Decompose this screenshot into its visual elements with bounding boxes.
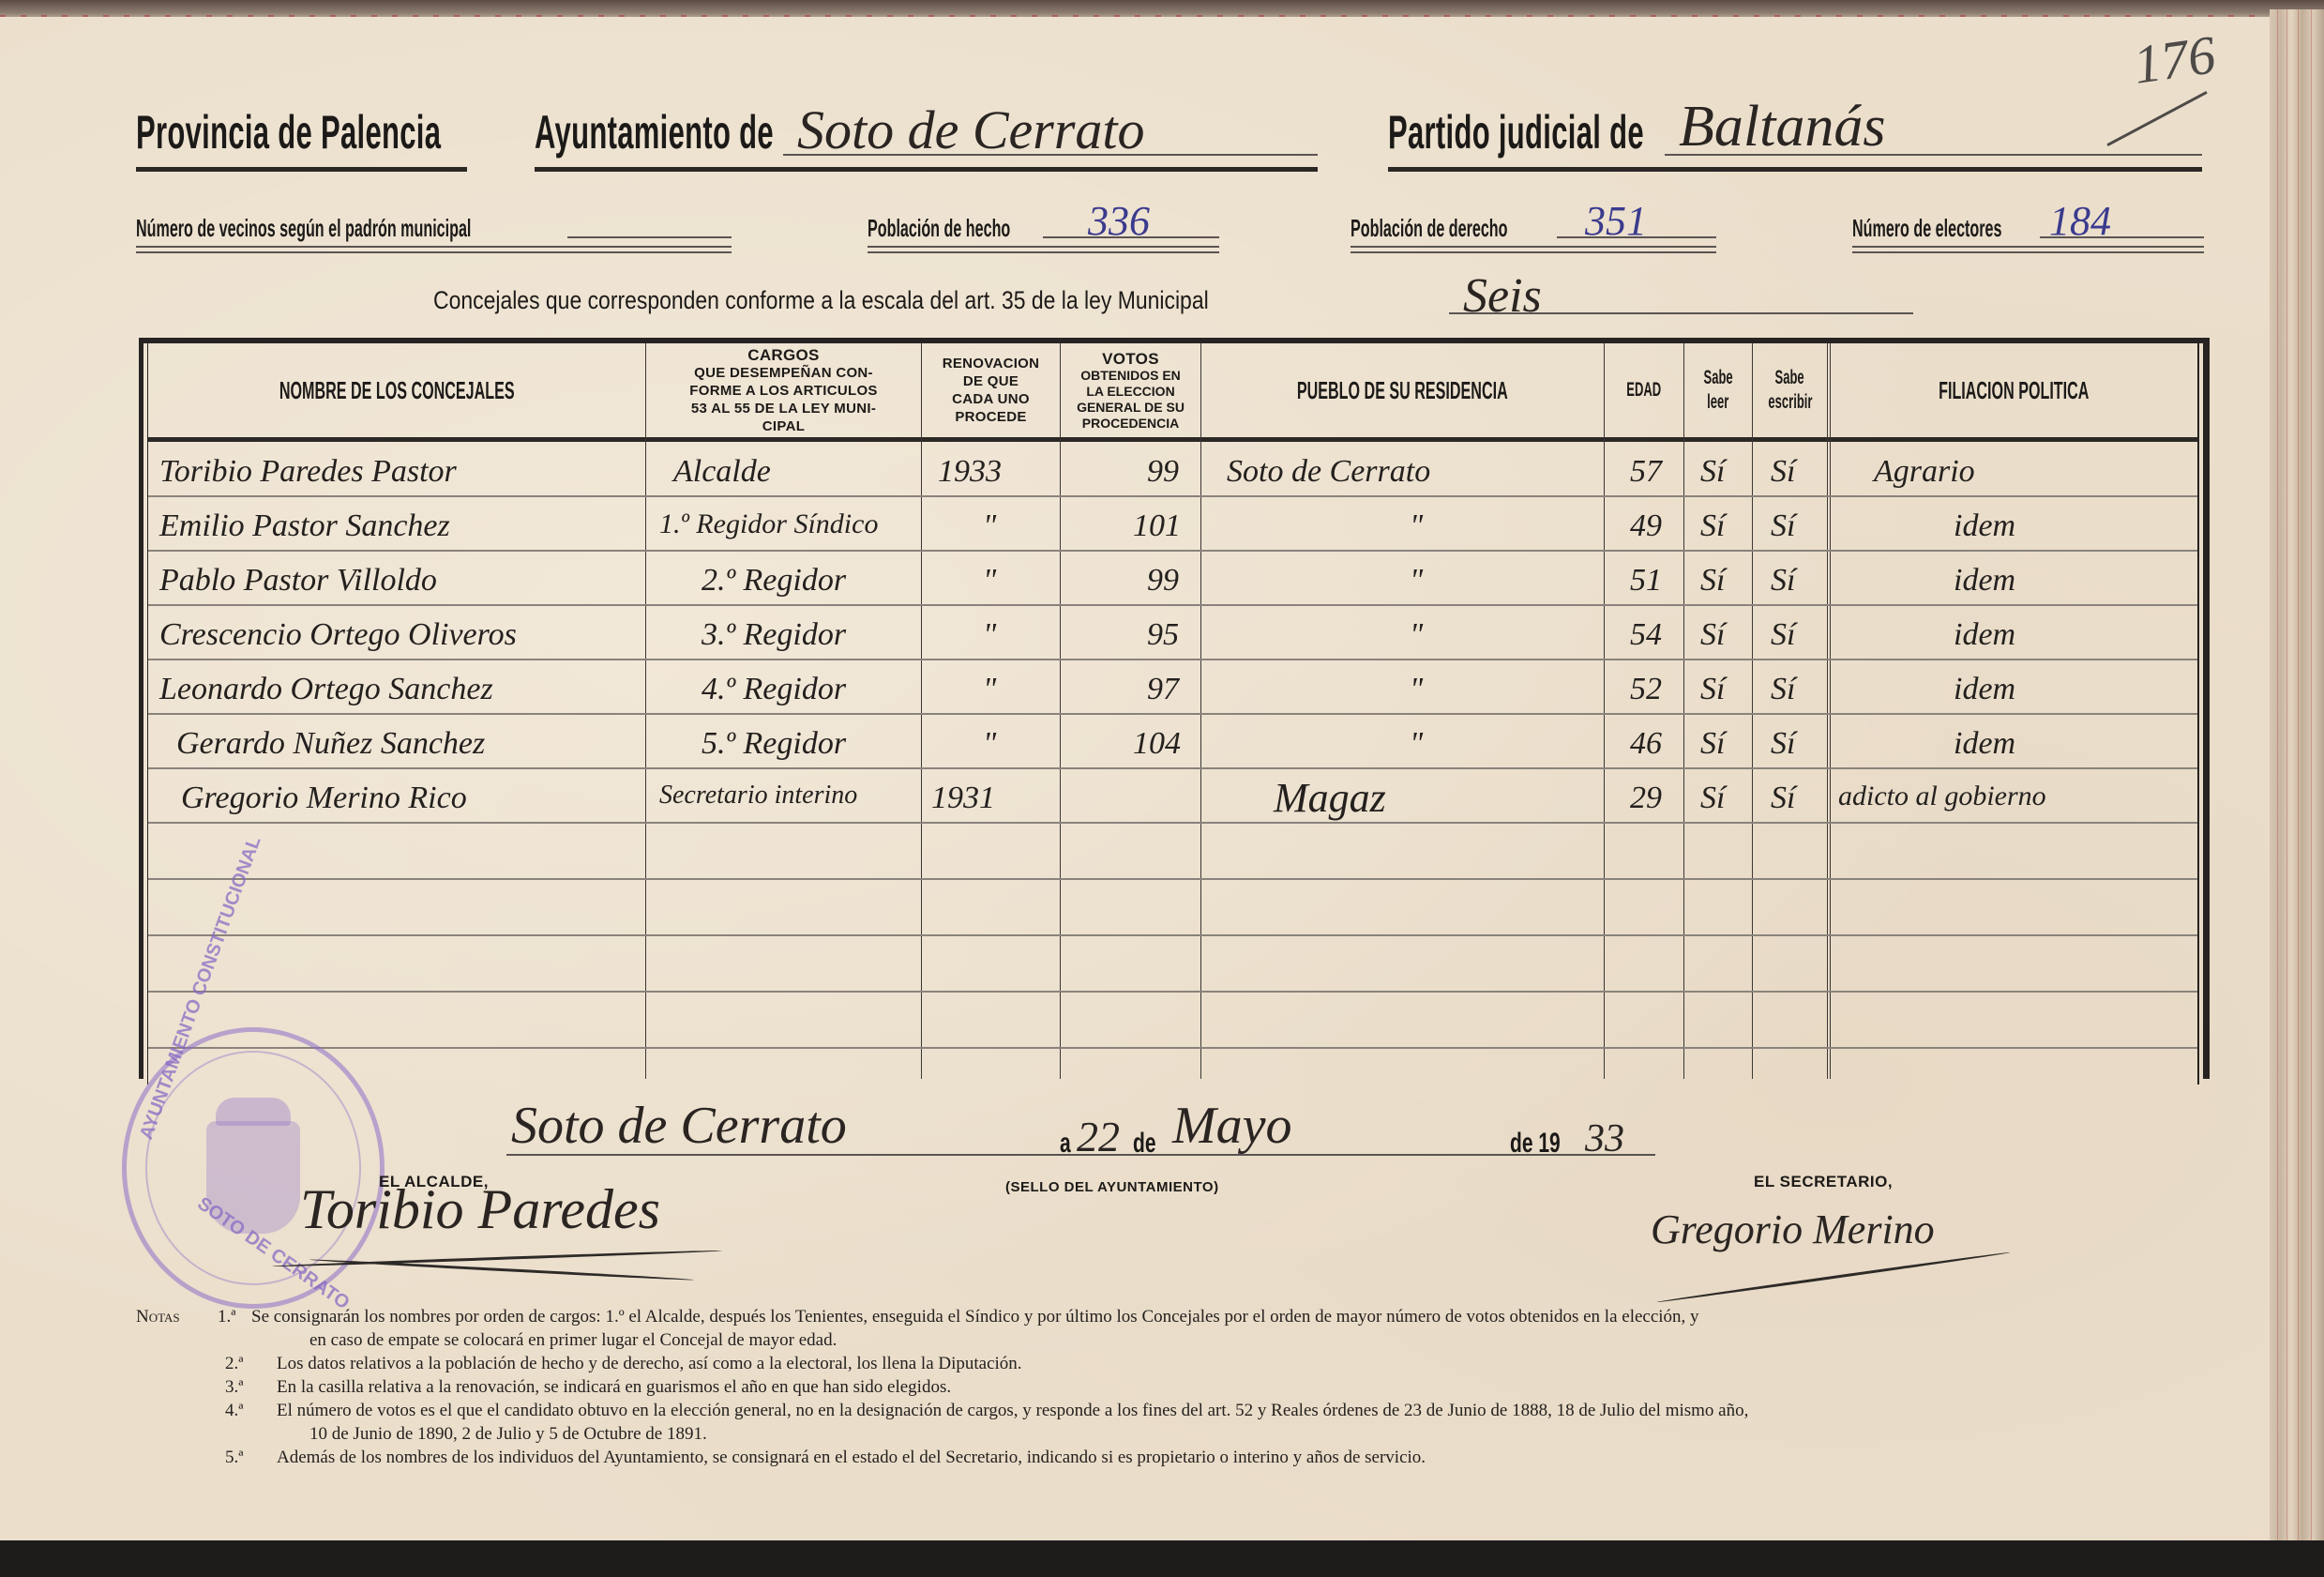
row-line — [148, 495, 2197, 497]
cell-nombre: Pablo Pastor Villoldo — [159, 563, 437, 599]
note-text: Los datos relativos a la población de he… — [277, 1354, 1022, 1374]
row-line — [148, 1047, 2197, 1049]
date-year-prefix: de 19 — [1510, 1128, 1561, 1160]
cell-leer: Sí — [1700, 617, 1725, 653]
header-votos: VOTOS OBTENIDOS EN LA ELECCION GENERAL D… — [1061, 343, 1200, 437]
notes-label: Notas — [136, 1307, 180, 1327]
divider — [535, 167, 1318, 172]
cell-nombre: Gerardo Nuñez Sanchez — [176, 726, 485, 762]
note-number: 1.ª — [218, 1307, 236, 1327]
cell-edad: 49 — [1630, 508, 1662, 544]
cell-edad: 57 — [1630, 454, 1662, 490]
electores-label: Número de electores — [1852, 214, 2001, 243]
row-line — [148, 604, 2197, 606]
note-text: Se consignarán los nombres por orden de … — [251, 1307, 1699, 1327]
fill-line — [783, 154, 1318, 156]
header-divider — [148, 437, 2197, 442]
scan-background — [0, 1540, 2324, 1577]
table-border — [2197, 343, 2199, 1084]
note-text: En la casilla relativa a la renovación, … — [277, 1377, 951, 1398]
date-day: 22 — [1077, 1112, 1120, 1161]
fill-line — [868, 246, 1219, 248]
cell-pueblo: " — [1410, 672, 1423, 707]
cell-nombre: Gregorio Merino Rico — [181, 781, 467, 816]
note-text: en caso de empate se colocará en primer … — [309, 1330, 837, 1351]
column-divider — [921, 343, 922, 1079]
header-renovacion: RENOVACION DE QUE CADA UNO PROCEDE — [922, 343, 1060, 437]
column-divider — [1752, 343, 1753, 1079]
column-divider — [645, 343, 646, 1079]
fill-line — [1449, 312, 1913, 314]
cell-leer: Sí — [1700, 454, 1725, 490]
cell-escribir: Sí — [1771, 454, 1795, 490]
cell-renovacion: 1931 — [931, 781, 995, 816]
fill-line — [1557, 236, 1716, 238]
cell-filiacion: idem — [1954, 726, 2015, 762]
fill-line — [1852, 251, 2204, 253]
cell-nombre: Crescencio Ortego Oliveros — [159, 617, 517, 653]
cell-cargo: Alcalde — [673, 454, 771, 490]
cell-edad: 52 — [1630, 672, 1662, 707]
vecinos-field — [567, 236, 732, 238]
cell-escribir: Sí — [1771, 672, 1795, 707]
cell-votos: 97 — [1147, 672, 1179, 707]
cell-escribir: Sí — [1771, 617, 1795, 653]
cell-nombre: Emilio Pastor Sanchez — [159, 508, 450, 544]
cell-votos: 101 — [1133, 508, 1181, 544]
column-divider — [1200, 343, 1201, 1079]
cell-pueblo: Magaz — [1274, 774, 1386, 822]
note-number: 3.ª — [225, 1377, 244, 1398]
cell-votos: 99 — [1147, 454, 1179, 490]
partido-value: Baltanás — [1679, 94, 1885, 160]
ayuntamiento-value: Soto de Cerrato — [797, 99, 1145, 161]
row-line — [148, 878, 2197, 880]
table-border — [2203, 338, 2210, 1079]
column-divider — [1830, 343, 1831, 1079]
cell-pueblo: Soto de Cerrato — [1227, 454, 1430, 490]
cell-nombre: Toribio Paredes Pastor — [159, 454, 457, 490]
concejales-table: NOMBRE DE LOS CONCEJALES CARGOS QUE DESE… — [139, 338, 2210, 1079]
cell-edad: 54 — [1630, 617, 1662, 653]
date-prefix: a — [1060, 1128, 1071, 1160]
concejales-value: Seis — [1463, 268, 1542, 324]
cell-filiacion: idem — [1954, 617, 2015, 653]
sello-label: (SELLO DEL AYUNTAMIENTO) — [1005, 1179, 1219, 1195]
fill-line — [1351, 246, 1716, 248]
municipal-stamp: AYUNTAMIENTO CONSTITUCIONAL SOTO DE CERR… — [122, 1027, 385, 1309]
cell-pueblo: " — [1410, 508, 1423, 544]
cell-leer: Sí — [1700, 508, 1725, 544]
book-page-edges — [2270, 9, 2324, 1548]
column-divider — [1827, 343, 1828, 1079]
derecho-label: Población de derecho — [1351, 214, 1508, 243]
cell-votos: 104 — [1133, 726, 1181, 762]
page-number: 176 — [2130, 23, 2219, 96]
date-de: de — [1133, 1128, 1156, 1160]
fill-line — [1665, 154, 2202, 156]
cell-filiacion: idem — [1954, 672, 2015, 707]
cell-escribir: Sí — [1771, 726, 1795, 762]
row-line — [148, 934, 2197, 936]
cell-edad: 46 — [1630, 726, 1662, 762]
cell-leer: Sí — [1700, 672, 1725, 707]
note-text: Además de los nombres de los individuos … — [277, 1448, 1426, 1468]
provincia-title: Provincia de Palencia — [136, 105, 441, 159]
cell-votos: 99 — [1147, 563, 1179, 599]
header-cargos: CARGOS QUE DESEMPEÑAN CON- FORME A LOS A… — [646, 343, 921, 437]
cell-filiacion: Agrario — [1874, 454, 1975, 490]
concejales-label: Concejales que corresponden conforme a l… — [433, 286, 1209, 315]
secretario-signature: Gregorio Merino — [1651, 1205, 1935, 1253]
column-divider — [1604, 343, 1605, 1079]
cell-pueblo: " — [1410, 726, 1423, 762]
note-text: 10 de Junio de 1890, 2 de Julio y 5 de O… — [309, 1424, 707, 1445]
row-line — [148, 713, 2197, 715]
cell-renovacion: " — [983, 508, 996, 544]
divider — [136, 167, 467, 172]
cell-leer: Sí — [1700, 563, 1725, 599]
cell-nombre: Leonardo Ortego Sanchez — [159, 672, 493, 707]
cell-cargo: Secretario interino — [659, 781, 857, 811]
column-divider — [1060, 343, 1061, 1079]
footer-place: Soto de Cerrato — [511, 1096, 847, 1156]
header-filiacion: FILIACION POLITICA — [1831, 343, 2196, 437]
alcalde-signature: Toribio Paredes — [300, 1177, 660, 1242]
cell-renovacion: 1933 — [938, 454, 1002, 490]
row-line — [148, 991, 2197, 993]
note-number: 4.ª — [225, 1401, 244, 1421]
cell-filiacion: idem — [1954, 508, 2015, 544]
date-month: Mayo — [1172, 1096, 1292, 1156]
row-line — [148, 659, 2197, 660]
row-line — [148, 822, 2197, 824]
cell-cargo: 3.º Regidor — [702, 617, 846, 653]
cell-escribir: Sí — [1771, 508, 1795, 544]
cell-edad: 51 — [1630, 563, 1662, 599]
cell-cargo: 4.º Regidor — [702, 672, 846, 707]
cell-cargo: 5.º Regidor — [702, 726, 846, 762]
fill-line — [136, 251, 732, 253]
secretario-label: EL SECRETARIO, — [1754, 1173, 1893, 1191]
cell-filiacion: idem — [1954, 563, 2015, 599]
note-text: El número de votos es el que el candidat… — [277, 1401, 1748, 1421]
cell-renovacion: " — [983, 672, 996, 707]
cell-votos: 95 — [1147, 617, 1179, 653]
row-line — [148, 767, 2197, 769]
cell-escribir: Sí — [1771, 781, 1795, 816]
cell-leer: Sí — [1700, 726, 1725, 762]
header-sabe-escribir: Sabeescribir — [1753, 343, 1827, 437]
partido-label: Partido judicial de — [1388, 105, 1644, 159]
date-year: 33 — [1585, 1116, 1624, 1161]
note-number: 2.ª — [225, 1354, 244, 1374]
header-pueblo: PUEBLO DE SU RESIDENCIA — [1201, 343, 1604, 437]
header-nombre: NOMBRE DE LOS CONCEJALES — [148, 343, 645, 437]
cell-cargo: 1.º Regidor Síndico — [659, 508, 878, 540]
fill-line — [2040, 236, 2204, 238]
cell-pueblo: " — [1410, 563, 1423, 599]
cell-renovacion: " — [983, 726, 996, 762]
fill-line — [1852, 246, 2204, 248]
cell-filiacion: adicto al gobierno — [1838, 781, 2046, 812]
column-divider — [1683, 343, 1684, 1079]
divider — [1388, 167, 2202, 172]
header-sabe-leer: Sabeleer — [1684, 343, 1752, 437]
row-line — [148, 550, 2197, 552]
fill-line — [1351, 251, 1716, 253]
cell-renovacion: " — [983, 563, 996, 599]
cell-edad: 29 — [1630, 781, 1662, 816]
note-number: 5.ª — [225, 1448, 244, 1468]
cell-escribir: Sí — [1771, 563, 1795, 599]
cell-renovacion: " — [983, 617, 996, 653]
hecho-label: Población de hecho — [868, 214, 1010, 243]
vecinos-label: Número de vecinos según el padrón munici… — [136, 214, 471, 243]
fill-line — [136, 246, 732, 248]
table-border — [139, 338, 143, 1079]
fill-line — [868, 251, 1219, 253]
ayuntamiento-label: Ayuntamiento de — [535, 105, 774, 159]
cell-leer: Sí — [1700, 781, 1725, 816]
header-edad: EDAD — [1605, 343, 1683, 437]
fill-line — [1043, 236, 1219, 238]
cell-cargo: 2.º Regidor — [702, 563, 846, 599]
cell-pueblo: " — [1410, 617, 1423, 653]
